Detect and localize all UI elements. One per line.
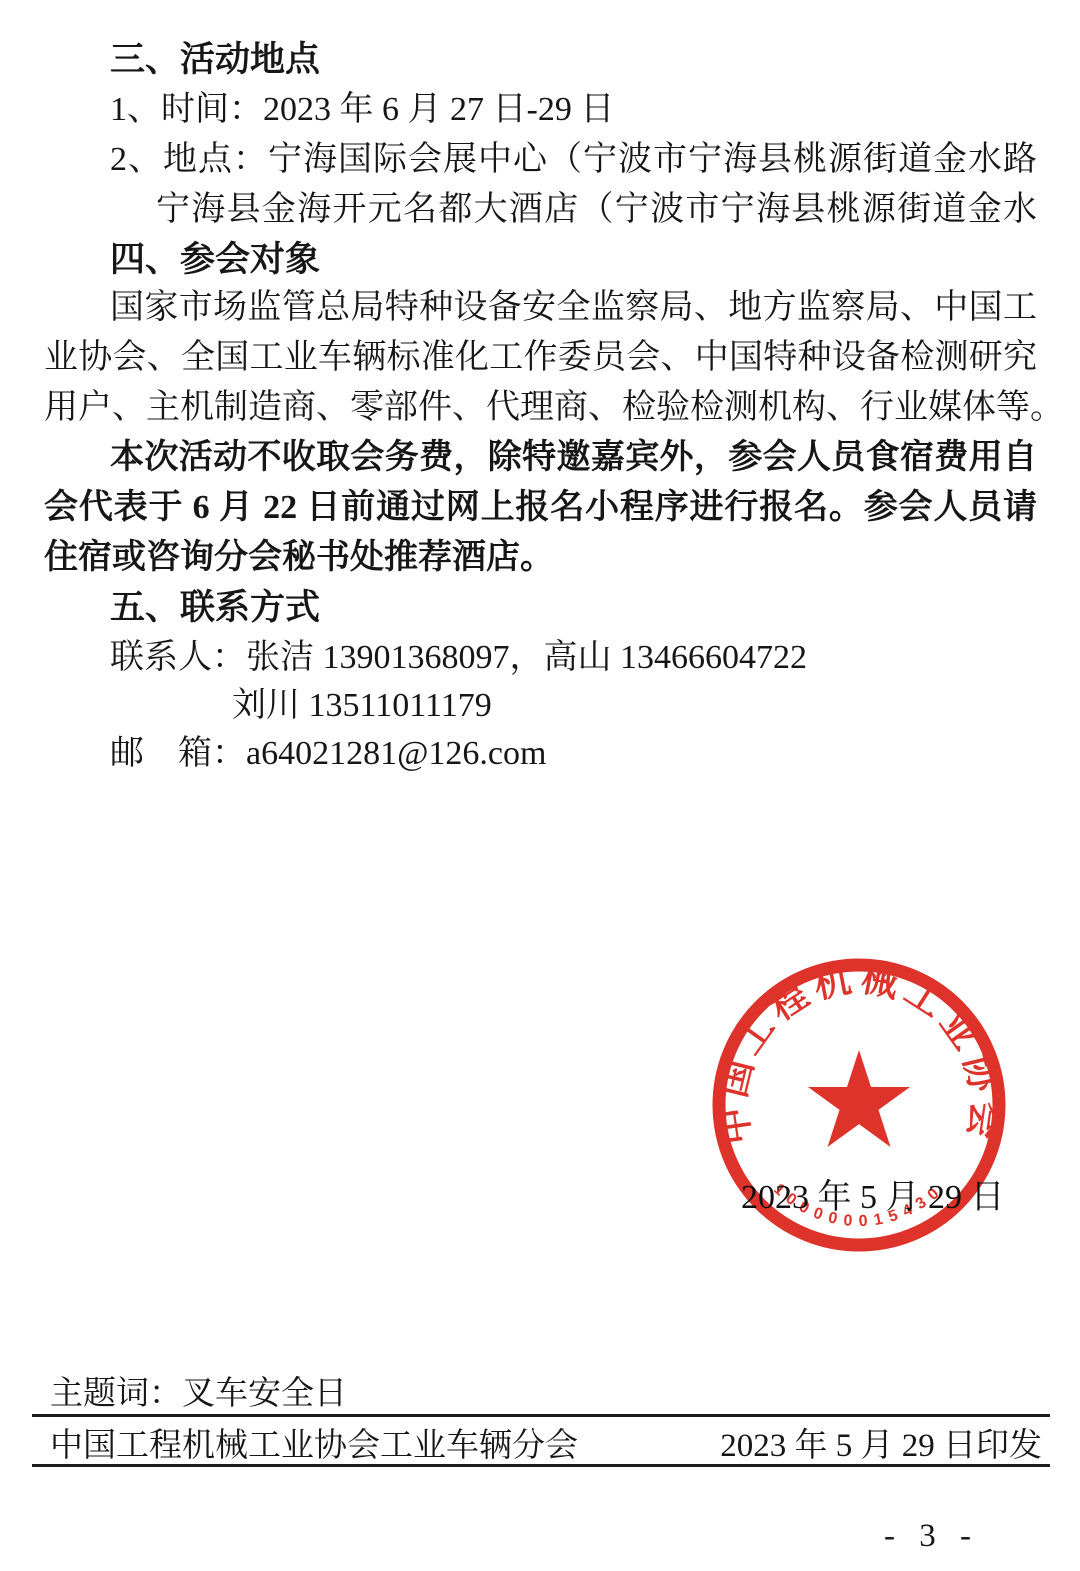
notice-line-1: 本次活动不收取会务费，除特邀嘉宾外，参会人员食宿费用自理。请参 xyxy=(44,436,1037,482)
footer-divider-top xyxy=(32,1414,1050,1417)
contact-line-3: 邮 箱：a64021281@126.com xyxy=(110,732,546,776)
seal-date: 2023 年 5 月 29 日 xyxy=(741,1176,1005,1220)
seal-star-icon xyxy=(808,1050,910,1147)
footer-issuer-row: 中国工程机械工业协会工业车辆分会 2023 年 5 月 29 日印发 xyxy=(50,1424,1042,1468)
section5-heading: 五、联系方式 xyxy=(110,586,320,630)
venue-line-1: 2、地点：宁海国际会展中心（宁波市宁海县桃源街道金水路 299 号） xyxy=(44,138,1037,184)
document-page: 三、活动地点 1、时间：2023 年 6 月 27 日-29 日 2、地点：宁海… xyxy=(0,0,1080,1571)
notice-line-2: 会代表于 6 月 22 日前通过网上报名小程序进行报名。参会人员请自行安排 xyxy=(44,486,1037,532)
time-line: 1、时间：2023 年 6 月 27 日-29 日 xyxy=(110,88,614,132)
footer-print-date: 2023 年 5 月 29 日印发 xyxy=(720,1424,1042,1468)
section3-heading: 三、活动地点 xyxy=(110,38,320,82)
participants-line-2: 业协会、全国工业车辆标准化工作委员会、中国特种设备检测研究院、特邀 xyxy=(44,336,1037,382)
footer-subject: 主题词：叉车安全日 xyxy=(50,1372,347,1416)
venue-line-2: 宁海县金海开元名都大酒店（宁波市宁海县桃源街道金水路 399 号） xyxy=(44,188,1037,234)
participants-line-1: 国家市场监管总局特种设备安全监察局、地方监察局、中国工程机械工 xyxy=(44,286,1037,332)
footer-divider-bottom xyxy=(32,1464,1050,1467)
participants-line-3: 用户、主机制造商、零部件、代理商、检验检测机构、行业媒体等。 xyxy=(44,386,1064,430)
section4-heading: 四、参会对象 xyxy=(110,238,320,282)
contact-line-1: 联系人：张洁 13901368097，高山 13466604722 xyxy=(110,636,807,680)
page-number: - 3 - xyxy=(884,1514,979,1558)
notice-line-3: 住宿或咨询分会秘书处推荐酒店。 xyxy=(44,536,554,580)
footer-issuer: 中国工程机械工业协会工业车辆分会 xyxy=(50,1424,578,1468)
contact-line-2: 刘川 13511011179 xyxy=(232,684,492,728)
